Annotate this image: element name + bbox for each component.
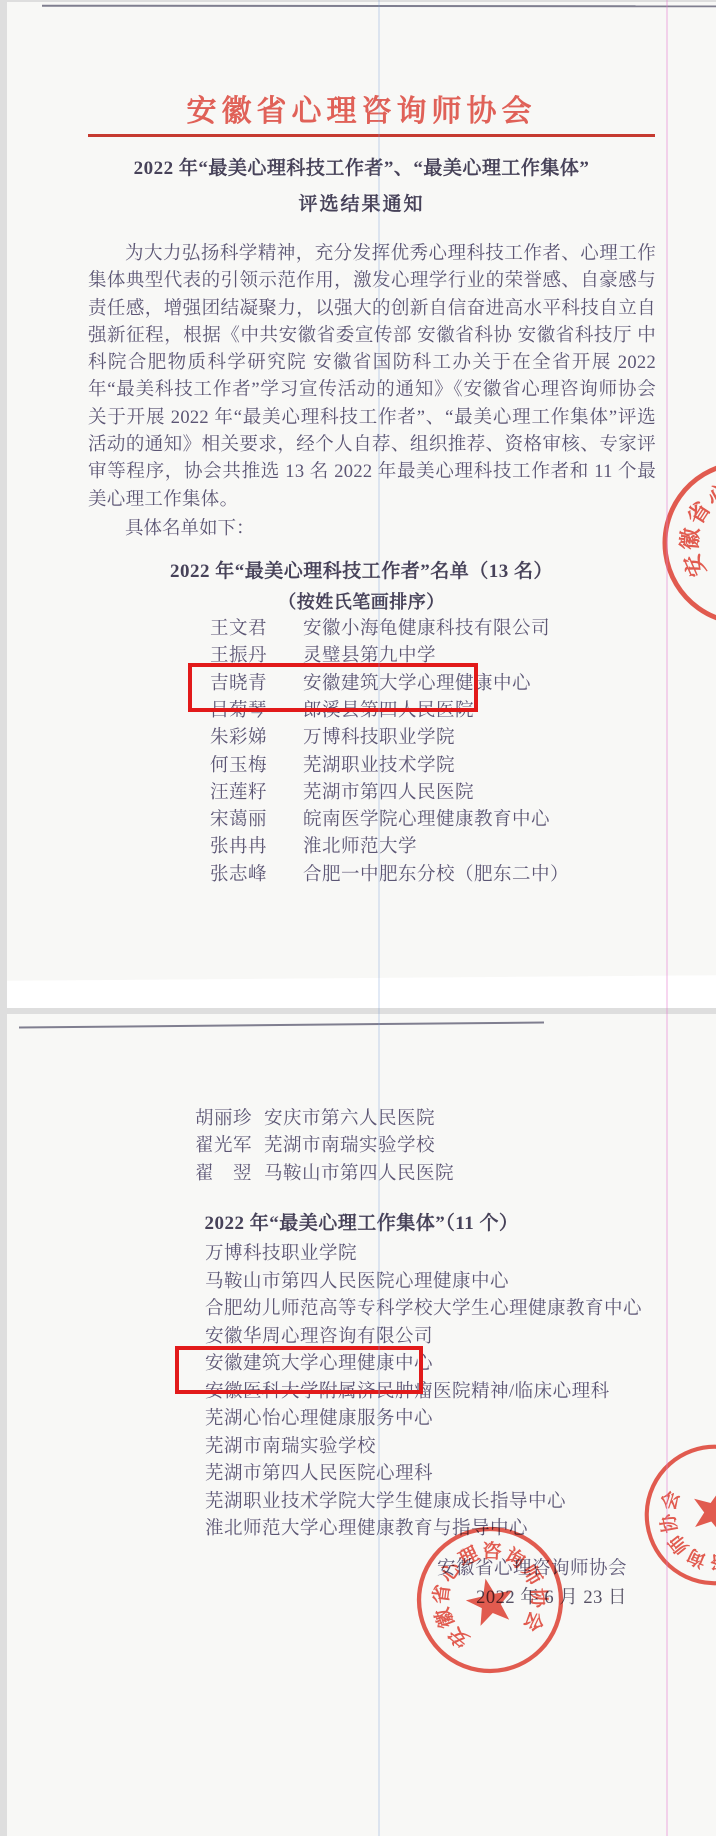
- letterhead-rule: [88, 134, 655, 137]
- collective-name: 淮北师范大学心理健康教育与指导中心: [205, 1514, 528, 1540]
- signature-date: 2022 年 6 月 23 日: [476, 1583, 627, 1609]
- collective-name: 安徽华周心理咨询有限公司: [205, 1322, 433, 1348]
- groups-list: 万博科技职业学院马鞍山市第四人民医院心理健康中心合肥幼儿师范高等专科学校大学生心…: [7, 1239, 716, 1549]
- awardee-organization: 芜湖市第四人民医院: [303, 778, 474, 804]
- collective-row: 芜湖市南瑞实验学校: [7, 1432, 716, 1459]
- signature-association: 安徽省心理咨询师协会: [437, 1554, 627, 1580]
- awardee-organization: 皖南医学院心理健康教育中心: [303, 805, 550, 831]
- awardee-row: 汪莲籽芜湖市第四人民医院: [7, 778, 716, 805]
- awardee-row: 王文君安徽小海龟健康科技有限公司: [7, 614, 716, 641]
- awardee-name: 汪莲籽: [210, 778, 267, 804]
- collective-name: 芜湖市南瑞实验学校: [205, 1432, 376, 1458]
- awardee-name: 王文君: [210, 614, 267, 640]
- page-2-scan: 胡丽珍安庆市第六人民医院翟光军芜湖市南瑞实验学校翟 翌马鞍山市第四人民医院 20…: [7, 1014, 716, 1836]
- collective-row: 马鞍山市第四人民医院心理健康中心: [7, 1267, 716, 1294]
- scanned-notice-document: { "doc": { "association": "安徽省心理咨询师协会", …: [0, 0, 716, 1836]
- collective-name: 芜湖职业技术学院大学生健康成长指导中心: [205, 1487, 566, 1513]
- awardee-organization: 芜湖职业技术学院: [303, 751, 455, 777]
- awardee-name: 翟光军: [195, 1131, 252, 1157]
- awardee-row: 宋蔼丽皖南医学院心理健康教育中心: [7, 805, 716, 832]
- awardee-name: 宋蔼丽: [210, 805, 267, 831]
- svg-text:会: 会: [519, 1608, 548, 1636]
- list-intro: 具体名单如下：: [88, 514, 656, 540]
- awardee-row: 胡丽珍安庆市第六人民医院: [7, 1104, 716, 1131]
- scan-edge-artifact: [42, 5, 716, 8]
- awardee-organization: 马鞍山市第四人民医院: [264, 1159, 454, 1185]
- collective-row: 芜湖职业技术学院大学生健康成长指导中心: [7, 1487, 716, 1514]
- awardee-name: 张冉冉: [210, 832, 267, 858]
- svg-text:徽: 徽: [430, 1604, 459, 1631]
- collective-name: 合肥幼儿师范高等专科学校大学生心理健康教育中心: [205, 1294, 642, 1320]
- page-1-scan: 安徽省心理咨询师协会 2022 年“最美心理科技工作者”、“最美心理工作集体” …: [7, 2, 716, 1008]
- awardee-organization: 万博科技职业学院: [303, 723, 455, 749]
- document-title-line1: 2022 年“最美心理科技工作者”、“最美心理工作集体”: [7, 153, 716, 180]
- scan-edge-artifact: [19, 1021, 544, 1028]
- awardee-organization: 淮北师范大学: [303, 832, 417, 858]
- workers-list-heading: 2022 年“最美心理科技工作者”名单（13 名）: [7, 556, 716, 583]
- notice-body-paragraph: 为大力弘扬科学精神，充分发挥优秀心理科技工作者、心理工作集体典型代表的引领示范作…: [88, 241, 656, 514]
- awardee-row: 翟 翌马鞍山市第四人民医院: [7, 1159, 716, 1186]
- awardee-name: 朱彩娣: [210, 723, 267, 749]
- collective-name: 芜湖心怡心理健康服务中心: [205, 1404, 433, 1430]
- awardee-organization: 安庆市第六人民医院: [264, 1104, 435, 1130]
- svg-text:咨: 咨: [709, 1549, 716, 1574]
- highlight-box-group: [175, 1346, 423, 1394]
- awardee-row: 翟光军芜湖市南瑞实验学校: [7, 1131, 716, 1158]
- awardee-name: 翟 翌: [195, 1159, 252, 1185]
- highlight-box-worker: [188, 663, 478, 712]
- collective-name: 万博科技职业学院: [205, 1239, 357, 1265]
- collective-row: 芜湖心怡心理健康服务中心: [7, 1404, 716, 1431]
- collective-row: 万博科技职业学院: [7, 1239, 716, 1266]
- document-title-line2: 评选结果通知: [7, 189, 716, 216]
- association-letterhead: 安徽省心理咨询师协会: [7, 86, 716, 130]
- collective-row: 淮北师范大学心理健康教育与指导中心: [7, 1514, 716, 1541]
- awardee-organization: 合肥一中肥东分校（肥东二中）: [303, 860, 569, 886]
- workers-list-page2: 胡丽珍安庆市第六人民医院翟光军芜湖市南瑞实验学校翟 翌马鞍山市第四人民医院: [7, 1104, 716, 1194]
- svg-text:徽: 徽: [677, 527, 704, 551]
- workers-list-subheading: （按姓氏笔画排序）: [7, 588, 716, 614]
- awardee-name: 胡丽珍: [195, 1104, 252, 1130]
- collective-row: 芜湖市第四人民医院心理科: [7, 1459, 716, 1486]
- awardee-name: 张志峰: [210, 860, 267, 886]
- groups-list-heading: 2022 年“最美心理工作集体”（11 个）: [7, 1208, 716, 1235]
- svg-text:心: 心: [703, 478, 716, 511]
- collective-row: 合肥幼儿师范高等专科学校大学生心理健康教育中心: [7, 1294, 716, 1321]
- collective-name: 马鞍山市第四人民医院心理健康中心: [205, 1267, 509, 1293]
- svg-text:安: 安: [444, 1622, 474, 1652]
- svg-text:省: 省: [429, 1583, 454, 1606]
- awardee-row: 何玉梅芜湖职业技术学院: [7, 751, 716, 778]
- svg-text:省: 省: [682, 497, 715, 529]
- awardee-row: 张志峰合肥一中肥东分校（肥东二中）: [7, 860, 716, 887]
- workers-list-page1: 王文君安徽小海龟健康科技有限公司王振丹灵璧县第九中学吉晓青安徽建筑大学心理健康中…: [7, 614, 716, 894]
- awardee-name: 何玉梅: [210, 751, 267, 777]
- collective-row: 安徽华周心理咨询有限公司: [7, 1322, 716, 1349]
- awardee-organization: 安徽小海龟健康科技有限公司: [303, 614, 550, 640]
- collective-name: 芜湖市第四人民医院心理科: [205, 1459, 433, 1485]
- awardee-row: 张冉冉淮北师范大学: [7, 832, 716, 859]
- awardee-organization: 芜湖市南瑞实验学校: [264, 1131, 435, 1157]
- awardee-row: 朱彩娣万博科技职业学院: [7, 723, 716, 750]
- scan-page-edge: [7, 975, 716, 1008]
